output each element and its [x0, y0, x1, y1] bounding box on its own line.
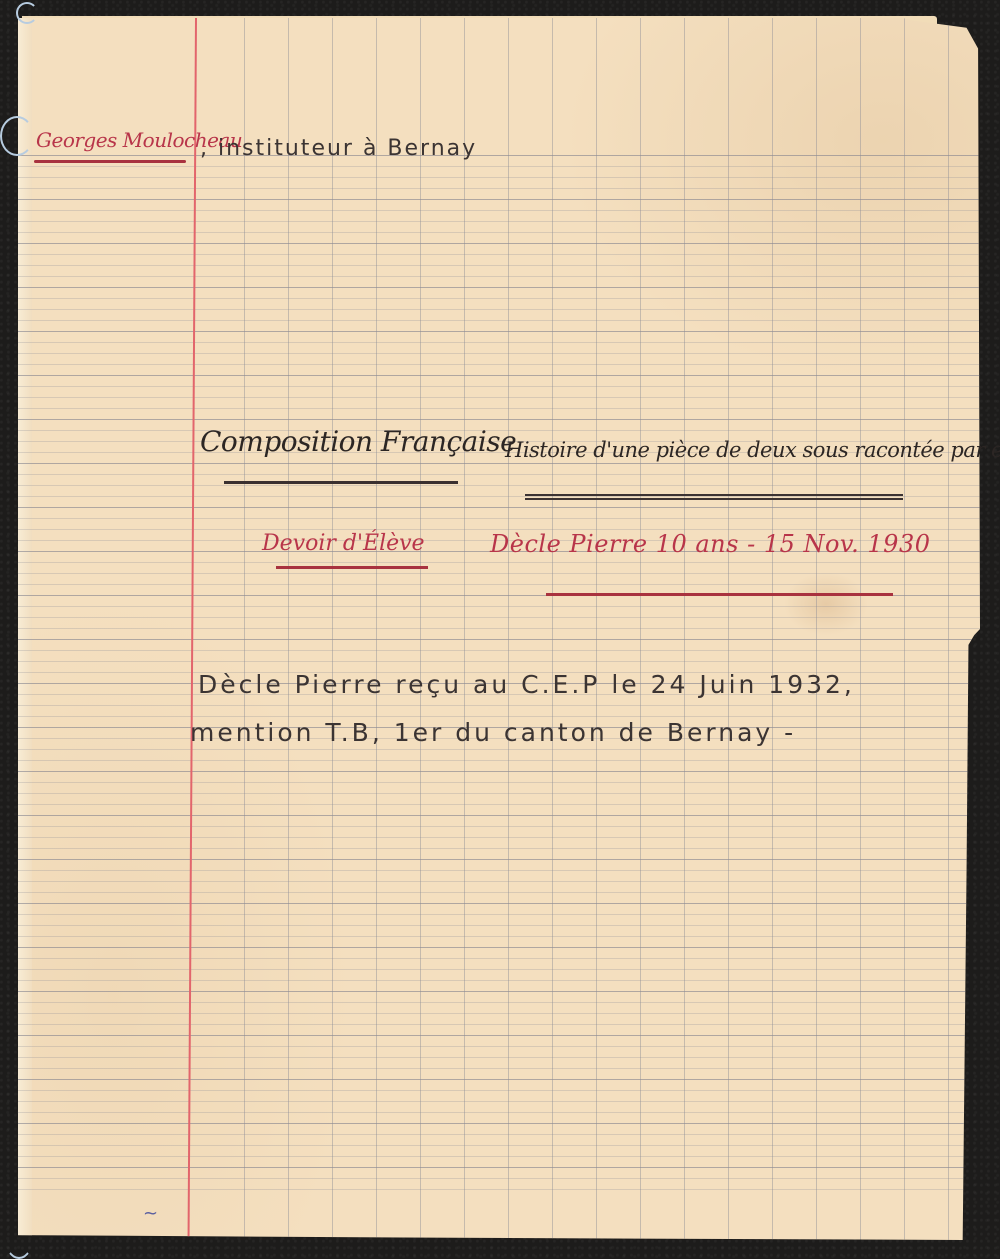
teacher-name-underline [34, 160, 186, 163]
composition-title-underline [224, 481, 458, 484]
subject-double-underline [525, 494, 903, 500]
subject-title: Histoire d'une pièce de deux sous racont… [505, 440, 1000, 461]
bottom-pen-mark: ~ [143, 1205, 158, 1223]
result-note-line-1: Dècle Pierre reçu au C.E.P le 24 Juin 19… [198, 672, 855, 697]
binding-thread-bottom-icon [4, 1215, 34, 1259]
devoir-label-underline [276, 566, 428, 569]
binding-thread-top-icon [16, 2, 38, 24]
result-note-line-2: mention T.B, 1er du canton de Bernay - [190, 720, 796, 745]
student-line-underline [546, 593, 893, 596]
vertical-ruling [218, 18, 980, 1240]
devoir-label: Devoir d'Élève [262, 533, 425, 555]
paper-sheet [18, 18, 980, 1240]
student-name-date: Dècle Pierre 10 ans - 15 Nov. 1930 [490, 532, 930, 556]
composition-title: Composition Française [200, 428, 516, 456]
teacher-role: , instituteur à Bernay [200, 138, 477, 160]
binding-thread-icon [0, 116, 34, 156]
